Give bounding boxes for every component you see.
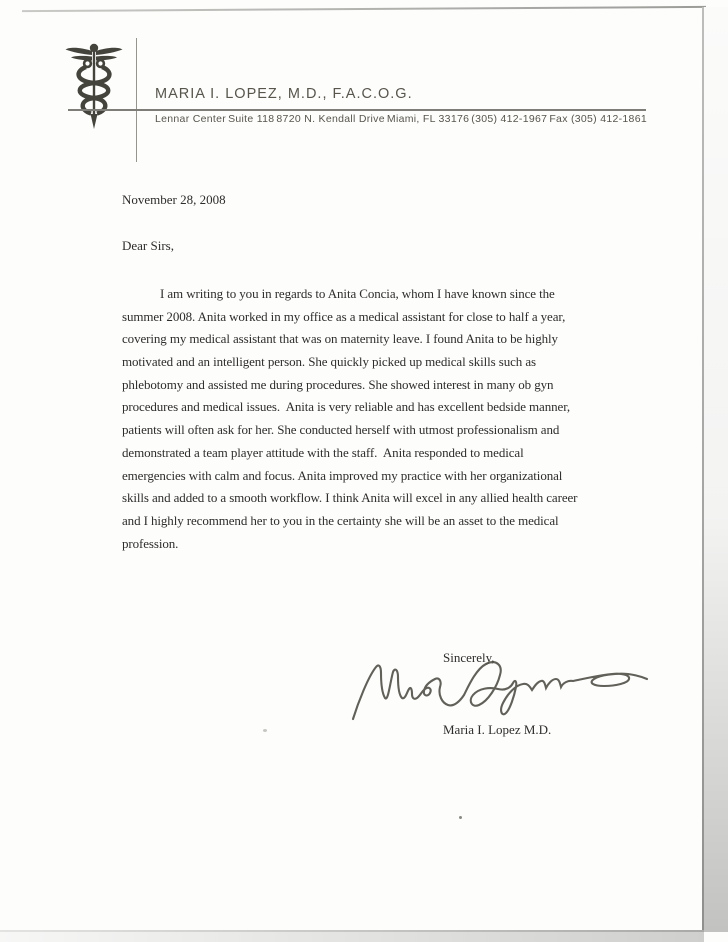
letter-body-line: summer 2008. Anita worked in my office a… (122, 306, 622, 329)
letter-body-line: emergencies with calm and focus. Anita i… (122, 465, 622, 488)
letter-body-line: and I highly recommend her to you in the… (122, 510, 622, 533)
scan-edge-bottom (0, 930, 704, 932)
letterhead-address-item: 8720 N. Kendall Drive (276, 113, 384, 125)
letter-date: November 28, 2008 (122, 192, 226, 208)
letter-body-line: demonstrated a team player attitude with… (122, 442, 622, 465)
scan-speck (263, 729, 267, 732)
letterhead-address-item: Lennar Center (155, 113, 226, 125)
letterhead-rule (68, 109, 646, 111)
scan-shadow-right (704, 7, 728, 932)
letter-body-line: motivated and an intelligent person. She… (122, 351, 622, 374)
scan-edge-top (22, 6, 706, 12)
scan-speck (459, 816, 462, 819)
signature-image (348, 656, 650, 722)
letterhead-vertical-divider (136, 38, 137, 162)
letter-body-line: covering my medical assistant that was o… (122, 328, 622, 351)
letterhead-address-item: Suite 118 (228, 113, 274, 125)
scan-edge-right (702, 7, 704, 932)
scan-shadow-bottom (0, 932, 704, 942)
letterhead-address-item: Miami, FL 33176 (387, 113, 469, 125)
letter-body-line: I am writing to you in regards to Anita … (122, 283, 622, 306)
letter-body-line: profession. (122, 533, 622, 556)
letter-body-line: skills and added to a smooth workflow. I… (122, 487, 622, 510)
letter-body-line: patients will often ask for her. She con… (122, 419, 622, 442)
letter-signer-name: Maria I. Lopez M.D. (443, 722, 551, 738)
letterhead-doctor-name: MARIA I. LOPEZ, M.D., F.A.C.O.G. (155, 86, 413, 102)
letter-body-line: phlebotomy and assisted me during proced… (122, 374, 622, 397)
letterhead-address-line: Lennar CenterSuite 1188720 N. Kendall Dr… (155, 113, 647, 125)
letter-body-line: procedures and medical issues. Anita is … (122, 396, 622, 419)
caduceus-icon (64, 42, 124, 134)
letterhead-address-item: (305) 412-1967 (471, 113, 547, 125)
letter-salutation: Dear Sirs, (122, 238, 174, 254)
letterhead-address-item: Fax (305) 412-1861 (549, 113, 647, 125)
letter-body: I am writing to you in regards to Anita … (122, 283, 622, 555)
